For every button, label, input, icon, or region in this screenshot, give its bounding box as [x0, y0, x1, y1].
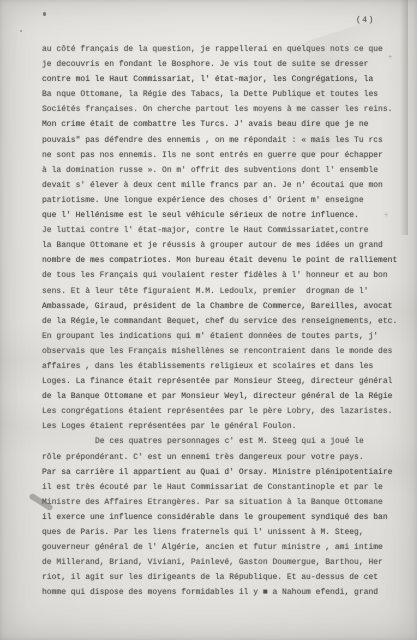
text-line: De ces quatres personnages c' est M. Ste…: [42, 434, 402, 449]
text-line: à la domination russe ». On m' offrit de…: [42, 163, 402, 178]
text-line: rôle prépondérant. C' est un ennemi très…: [42, 450, 402, 465]
text-line: contre moi le Haut Commissariat, l' état…: [42, 72, 402, 87]
text-line: affaires , dans les établissements relig…: [42, 359, 402, 374]
text-line: il est très écouté par le Haut Commissar…: [42, 480, 402, 495]
paragraph: au côté français de la question, je rapp…: [42, 42, 402, 434]
text-line: Ministre des Affaires Etrangères. Par sa…: [42, 495, 402, 510]
text-line: observais que les Français mishellènes s…: [42, 344, 402, 359]
text-line: que l' Hellénisme est le seul véhicule s…: [42, 208, 402, 223]
text-line: Ambassade, Giraud, président de la Chamb…: [42, 299, 402, 314]
text-line: Les Loges étaient représentées par le gé…: [42, 419, 402, 434]
text-line: de Millerand, Briand, Viviani, Painlevé,…: [42, 555, 402, 570]
page-number: (4): [356, 16, 375, 25]
scanned-document-page: (4) + + au côté français de la question,…: [0, 0, 417, 640]
text-line: homme qui dispose des moyens formidables…: [42, 585, 402, 600]
document-text: au côté français de la question, je rapp…: [42, 42, 402, 600]
text-line: Ba nque Ottomane, la Régie des Tabacs, l…: [42, 87, 402, 102]
text-line: de tous les Français qui voulaient reste…: [42, 268, 402, 283]
text-line: patriotisme. Une longue expérience des c…: [42, 193, 402, 208]
text-line: ne sont pas nos ennemis. Ils ne sont ent…: [42, 148, 402, 163]
paragraph: De ces quatres personnages c' est M. Ste…: [42, 434, 402, 600]
text-line: Je luttai contre l' état-major, contre l…: [42, 223, 402, 238]
text-line: il exerce une influence considérable dan…: [42, 510, 402, 525]
text-line: la Banque Ottomane et je réussis à group…: [42, 238, 402, 253]
ink-speck: [43, 12, 46, 16]
text-line: riot, il agit sur les dirigeants de la R…: [42, 570, 402, 585]
text-line: Par sa carrière il appartient au Quai d'…: [42, 465, 402, 480]
text-line: pouvais" pas défendre des ennemis , on m…: [42, 133, 402, 148]
ink-speck: [20, 30, 22, 32]
text-line: Loges. La finance était représentée par …: [42, 374, 402, 389]
text-line: gouverneur général de l' Algérie, ancien…: [42, 540, 402, 555]
text-line: de la Banque Ottomane et par Monsieur We…: [42, 389, 402, 404]
text-line: devait s' élever à deux cent mille franc…: [42, 178, 402, 193]
text-line: je decouvris en fondant le Bosphore. Je …: [42, 57, 402, 72]
text-line: Les congrégations étaient représentées p…: [42, 404, 402, 419]
text-line: au côté français de la question, je rapp…: [42, 42, 402, 57]
text-line: Sociétés françaises. On cherche partout …: [42, 102, 402, 117]
text-line: nombre de mes compatriotes. Mon bureau é…: [42, 253, 402, 268]
text-line: sens. Et à leur tête figuraient M.M. Led…: [42, 284, 402, 299]
text-line: ques de Paris. Par les liens fraternels …: [42, 525, 402, 540]
text-line: de la Régie,le commandant Bequet, chef d…: [42, 314, 402, 329]
text-line: En groupant les indications qui m' étaie…: [42, 329, 402, 344]
text-line: Mon crime était de combattre les Turcs. …: [42, 117, 402, 132]
